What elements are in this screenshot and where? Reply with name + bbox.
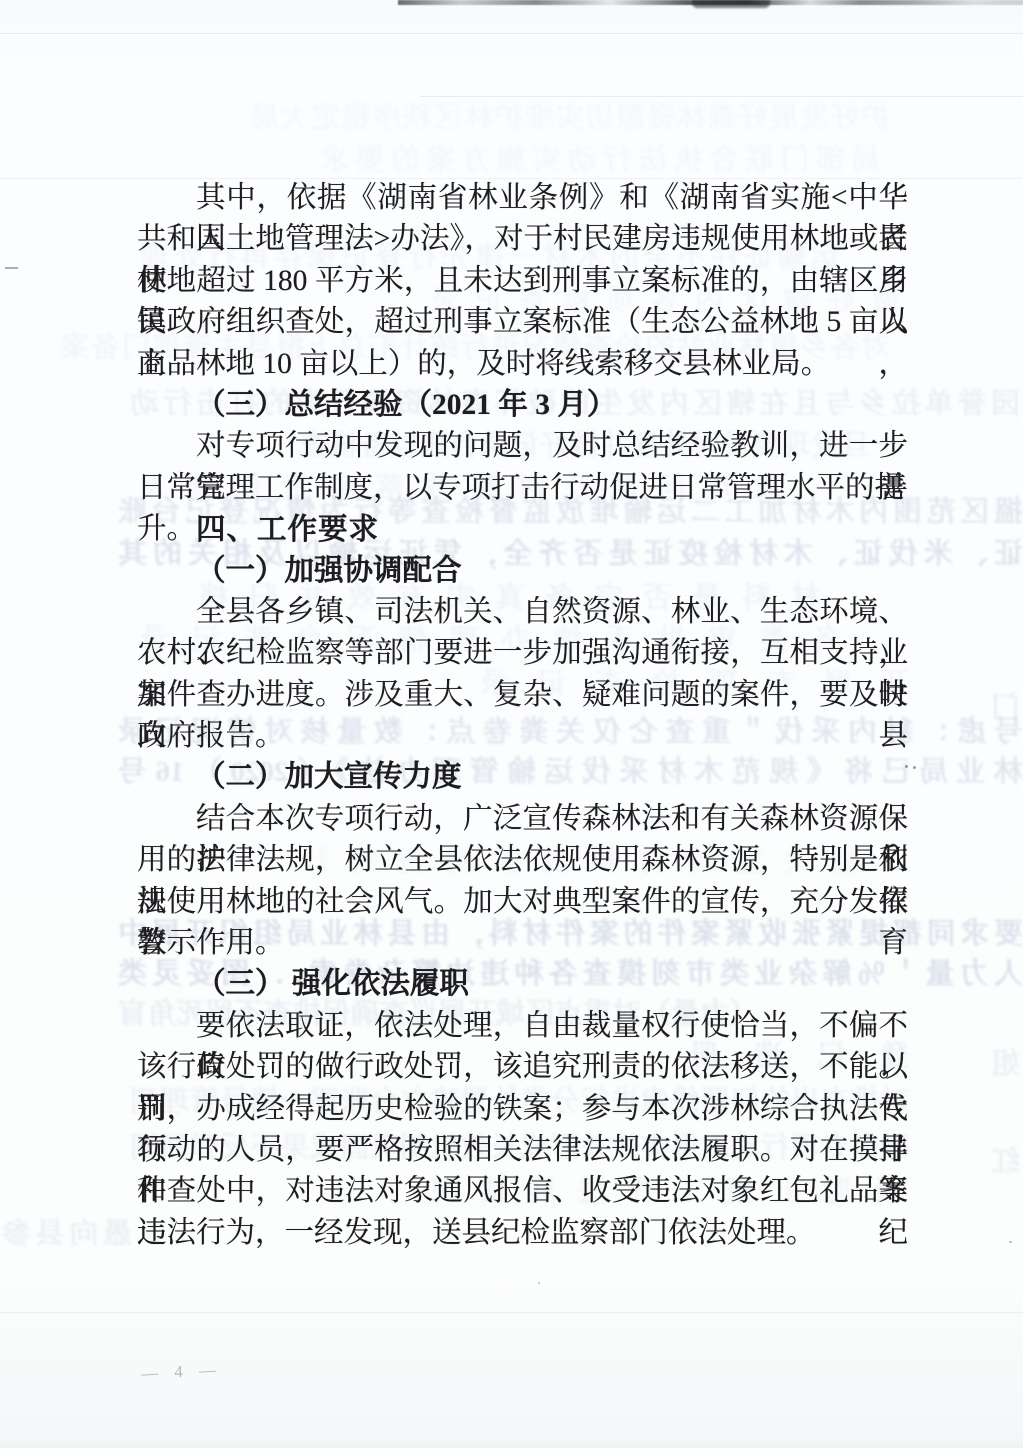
document-line: 违法行为，一经发现，送县纪检监察部门依法处理。 xyxy=(137,1213,908,1254)
document-line: 该行政处罚的做行政处罚，该追究刑责的依法移送，不能以罚代 xyxy=(137,1047,908,1088)
scan-streak-line xyxy=(420,96,1023,97)
section-heading: （二）加大宣传力度 xyxy=(137,757,908,798)
document-line: 案件查办进度。涉及重大、复杂、疑难问题的案件，要及时向县 xyxy=(137,675,908,716)
scan-streak-line xyxy=(0,33,1023,34)
bleed-through-line: 愚向县参 xyxy=(2,1214,132,1255)
bleed-through-line: 护好发展好森林资源切实维护林区秩序稳定大局 xyxy=(250,98,890,139)
document-text: 其中，依据《湖南省林业条例》和《湖南省实施<中华人民共和国土地管理法>办法》，对… xyxy=(137,178,908,1254)
document-line: 全县各乡镇、司法机关、自然资源、林业、生态环境、农业 xyxy=(137,592,908,633)
scan-artifact-top-blob xyxy=(692,0,770,8)
dust-speck xyxy=(1009,1241,1012,1243)
document-line: 林地超过 180 平方米，且未达到刑事立案标准的，由辖区乡镇人 xyxy=(137,261,908,302)
section-heading: 四、工作要求 xyxy=(137,509,908,550)
document-line: 商品林地 10 亩以上）的，及时将线索移交县林业局。 xyxy=(137,344,908,385)
scanned-document-page: 护好发展好森林资源切实维护林区秩序稳定大局局部门联合执法行动实施方案的要求运输证… xyxy=(0,0,1023,1448)
bleed-through-line: 局部门联合执法行动实施方案的要求 xyxy=(320,140,880,181)
document-line: 刑，办成经得起历史检验的铁案；参与本次涉林综合执法专项导 xyxy=(137,1089,908,1130)
document-line: 共和国土地管理法>办法》，对于村民建房违规使用林地或者使用 xyxy=(137,219,908,260)
document-line: 规使用林地的社会风气。加大对典型案件的宣传，充分发挥教育 xyxy=(137,882,908,923)
document-line: 日常管理工作制度，以专项打击行动促进日常管理水平的提升。 xyxy=(137,468,908,509)
document-line: 农村、纪检监察等部门要进一步加强沟通衔接，互相支持，加快 xyxy=(137,633,908,674)
document-line: 对专项行动中发现的问题，及时总结经验教训，进一步完善 xyxy=(137,426,908,467)
document-line: 要依法取证，依法处理，自由裁量权行使恰当，不偏不倚。 xyxy=(137,1006,908,1047)
document-line: 结合本次专项行动，广泛宣传森林法和有关森林资源保护利 xyxy=(137,799,908,840)
document-line: 其中，依据《湖南省林业条例》和《湖南省实施<中华人民 xyxy=(137,178,908,219)
bleed-through-line: 门 xyxy=(990,688,1020,729)
scan-streak-line xyxy=(0,1312,1023,1313)
page-number: — 4 — xyxy=(141,1360,223,1384)
bleed-through-line: 红 xyxy=(990,1142,1020,1183)
bleed-through-line: 姐 xyxy=(990,1044,1020,1085)
document-line: 件查处中，对违法对象通风报信、收受违法对象红包礼品等违纪 xyxy=(137,1171,908,1212)
section-heading: （三）总结经验（2021 年 3 月） xyxy=(137,385,908,426)
margin-dash-mark xyxy=(5,267,18,269)
section-heading: （一）加强协调配合 xyxy=(137,551,908,592)
section-heading: （三） 强化依法履职 xyxy=(137,964,908,1005)
dust-speck xyxy=(538,1282,540,1284)
document-line: 用的法律法规，树立全县依法依规使用森林资源，特别是依法依 xyxy=(137,840,908,881)
document-line: 民政府组织查处，超过刑事立案标准（生态公益林地 5 亩以上， xyxy=(137,302,908,343)
document-line: 行动的人员，要严格按照相关法律法规依法履职。对在摸排和案 xyxy=(137,1130,908,1171)
